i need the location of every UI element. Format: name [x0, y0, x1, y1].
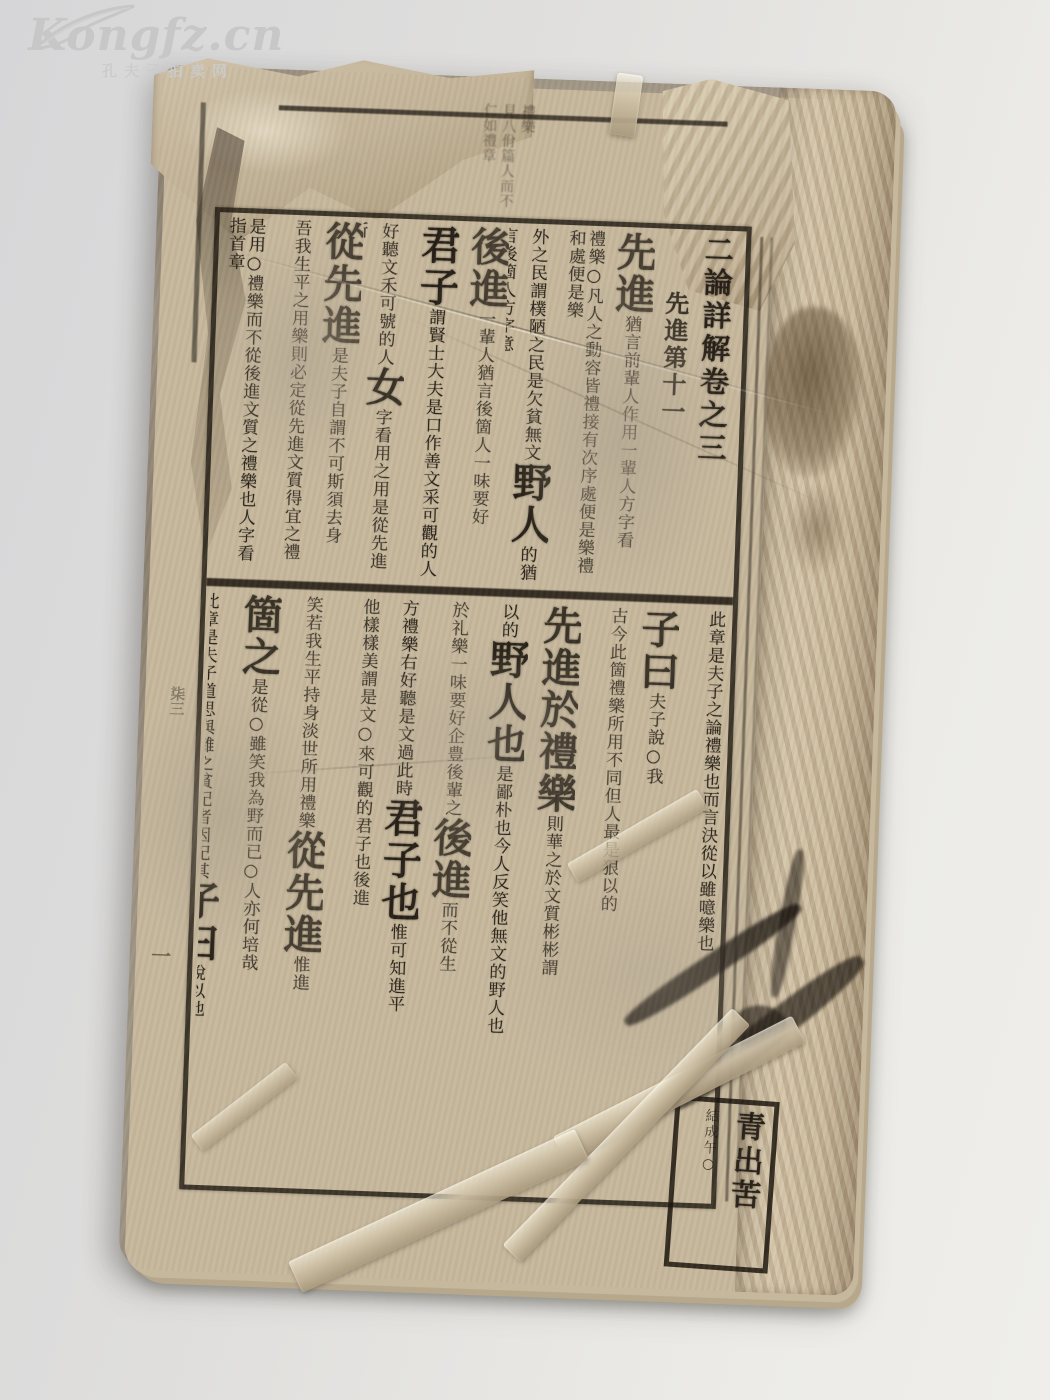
text-run: 謂賢士大夫是口作善文采可觀的人 [416, 308, 446, 579]
text-run: 以的 [498, 603, 519, 640]
upper-text-register: 二論詳解卷之三先進第十一先進猶言前輩人作用一輩人方字看禮樂○凡人之動容皆禮接有次… [212, 216, 742, 593]
text-run: 猶言前輩人作用一輩人方字看 [613, 315, 642, 550]
antique-book: 禮樂見八佾篇人而不仁如禮章 二論詳解卷之三先進第十一先進猶言前輩人作用一輩人方字… [118, 65, 897, 1296]
margin-mark: 一 [145, 945, 175, 966]
text-run: 野人也 [480, 638, 530, 766]
watermark: Kongfz.cn 孔夫子拍卖网 [28, 14, 284, 81]
text-run: 後進 [463, 225, 510, 311]
text-run: 君子 [413, 223, 460, 309]
text-run: 野人 [504, 461, 554, 547]
text-run: 惟可知進平 [384, 923, 407, 1014]
text-run: 後進 [425, 816, 475, 902]
text-run: 方禮樂右好聽是文過此時 [392, 599, 419, 798]
colophon-box: 青出苦 結成午○ [664, 1095, 780, 1274]
upper-columns: 二論詳解卷之三先進第十一先進猶言前輩人作用一輩人方字看禮樂○凡人之動容皆禮接有次… [212, 216, 742, 593]
text-column: 見八佾篇人而不仁如禮章 [477, 103, 519, 212]
text-run: 子曰 [633, 608, 680, 694]
bleed-through-text: 禮樂見八佾篇人而不仁如禮章 [477, 103, 538, 213]
margin-mark: 柒三 [166, 686, 188, 717]
text-run: 女 [359, 365, 408, 409]
text-run: 先進 [608, 231, 655, 317]
text-run: 則華之於文質彬彬謂 [537, 814, 563, 977]
text-run: 是鄙朴也今人反笑他無文的野人也 [483, 765, 513, 1036]
text-run: 是夫子自謂不可斯須去身 [321, 346, 348, 545]
text-run: 此章是夫子之論禮樂也而言決從以雖噫樂也 [693, 610, 726, 953]
photo-backdrop: Kongfz.cn 孔夫子拍卖网 禮樂見八佾篇人而不仁如禮章 二論詳解卷之三先進… [0, 0, 1050, 1400]
text-run: 箇之 [235, 593, 282, 679]
text-run: 二論詳解卷之三 [693, 234, 735, 466]
text-run: 惟進 [288, 955, 309, 992]
text-run: 先進於禮樂 [530, 604, 582, 816]
text-run: 一輩人猶言後箇人一味要好 [468, 310, 496, 527]
text-run: 見八佾篇人而不仁如禮章 [480, 103, 517, 209]
text-run: 於礼樂一味要好企豊後輩之 [441, 601, 469, 818]
text-run: 而不從生 [435, 901, 458, 974]
text-run: 先進第十一 [656, 290, 690, 426]
text-run: 從先進 [277, 829, 329, 957]
watermark-subtitle: 孔夫子拍卖网 [102, 60, 284, 81]
text-run: 笑若我生平持身淡世所用禮樂 [294, 595, 323, 830]
colophon-main-text: 青出苦 [715, 1109, 770, 1262]
watermark-quill-icon [30, 4, 140, 50]
printed-border-frame: 二論詳解卷之三先進第十一先進猶言前輩人作用一輩人方字看禮樂○凡人之動容皆禮接有次… [179, 207, 752, 1209]
text-column: 禮樂 [515, 104, 538, 213]
text-run: 夫子說○我 [642, 692, 665, 786]
text-run: 說以他 [189, 963, 205, 1018]
text-run: 外之民謂樸陋之民是欠貧無文 [520, 227, 549, 462]
text-run: 禮樂 [519, 104, 536, 135]
text-run: 是從○雖笑我為野而已○人亦何培哉 [237, 677, 268, 972]
